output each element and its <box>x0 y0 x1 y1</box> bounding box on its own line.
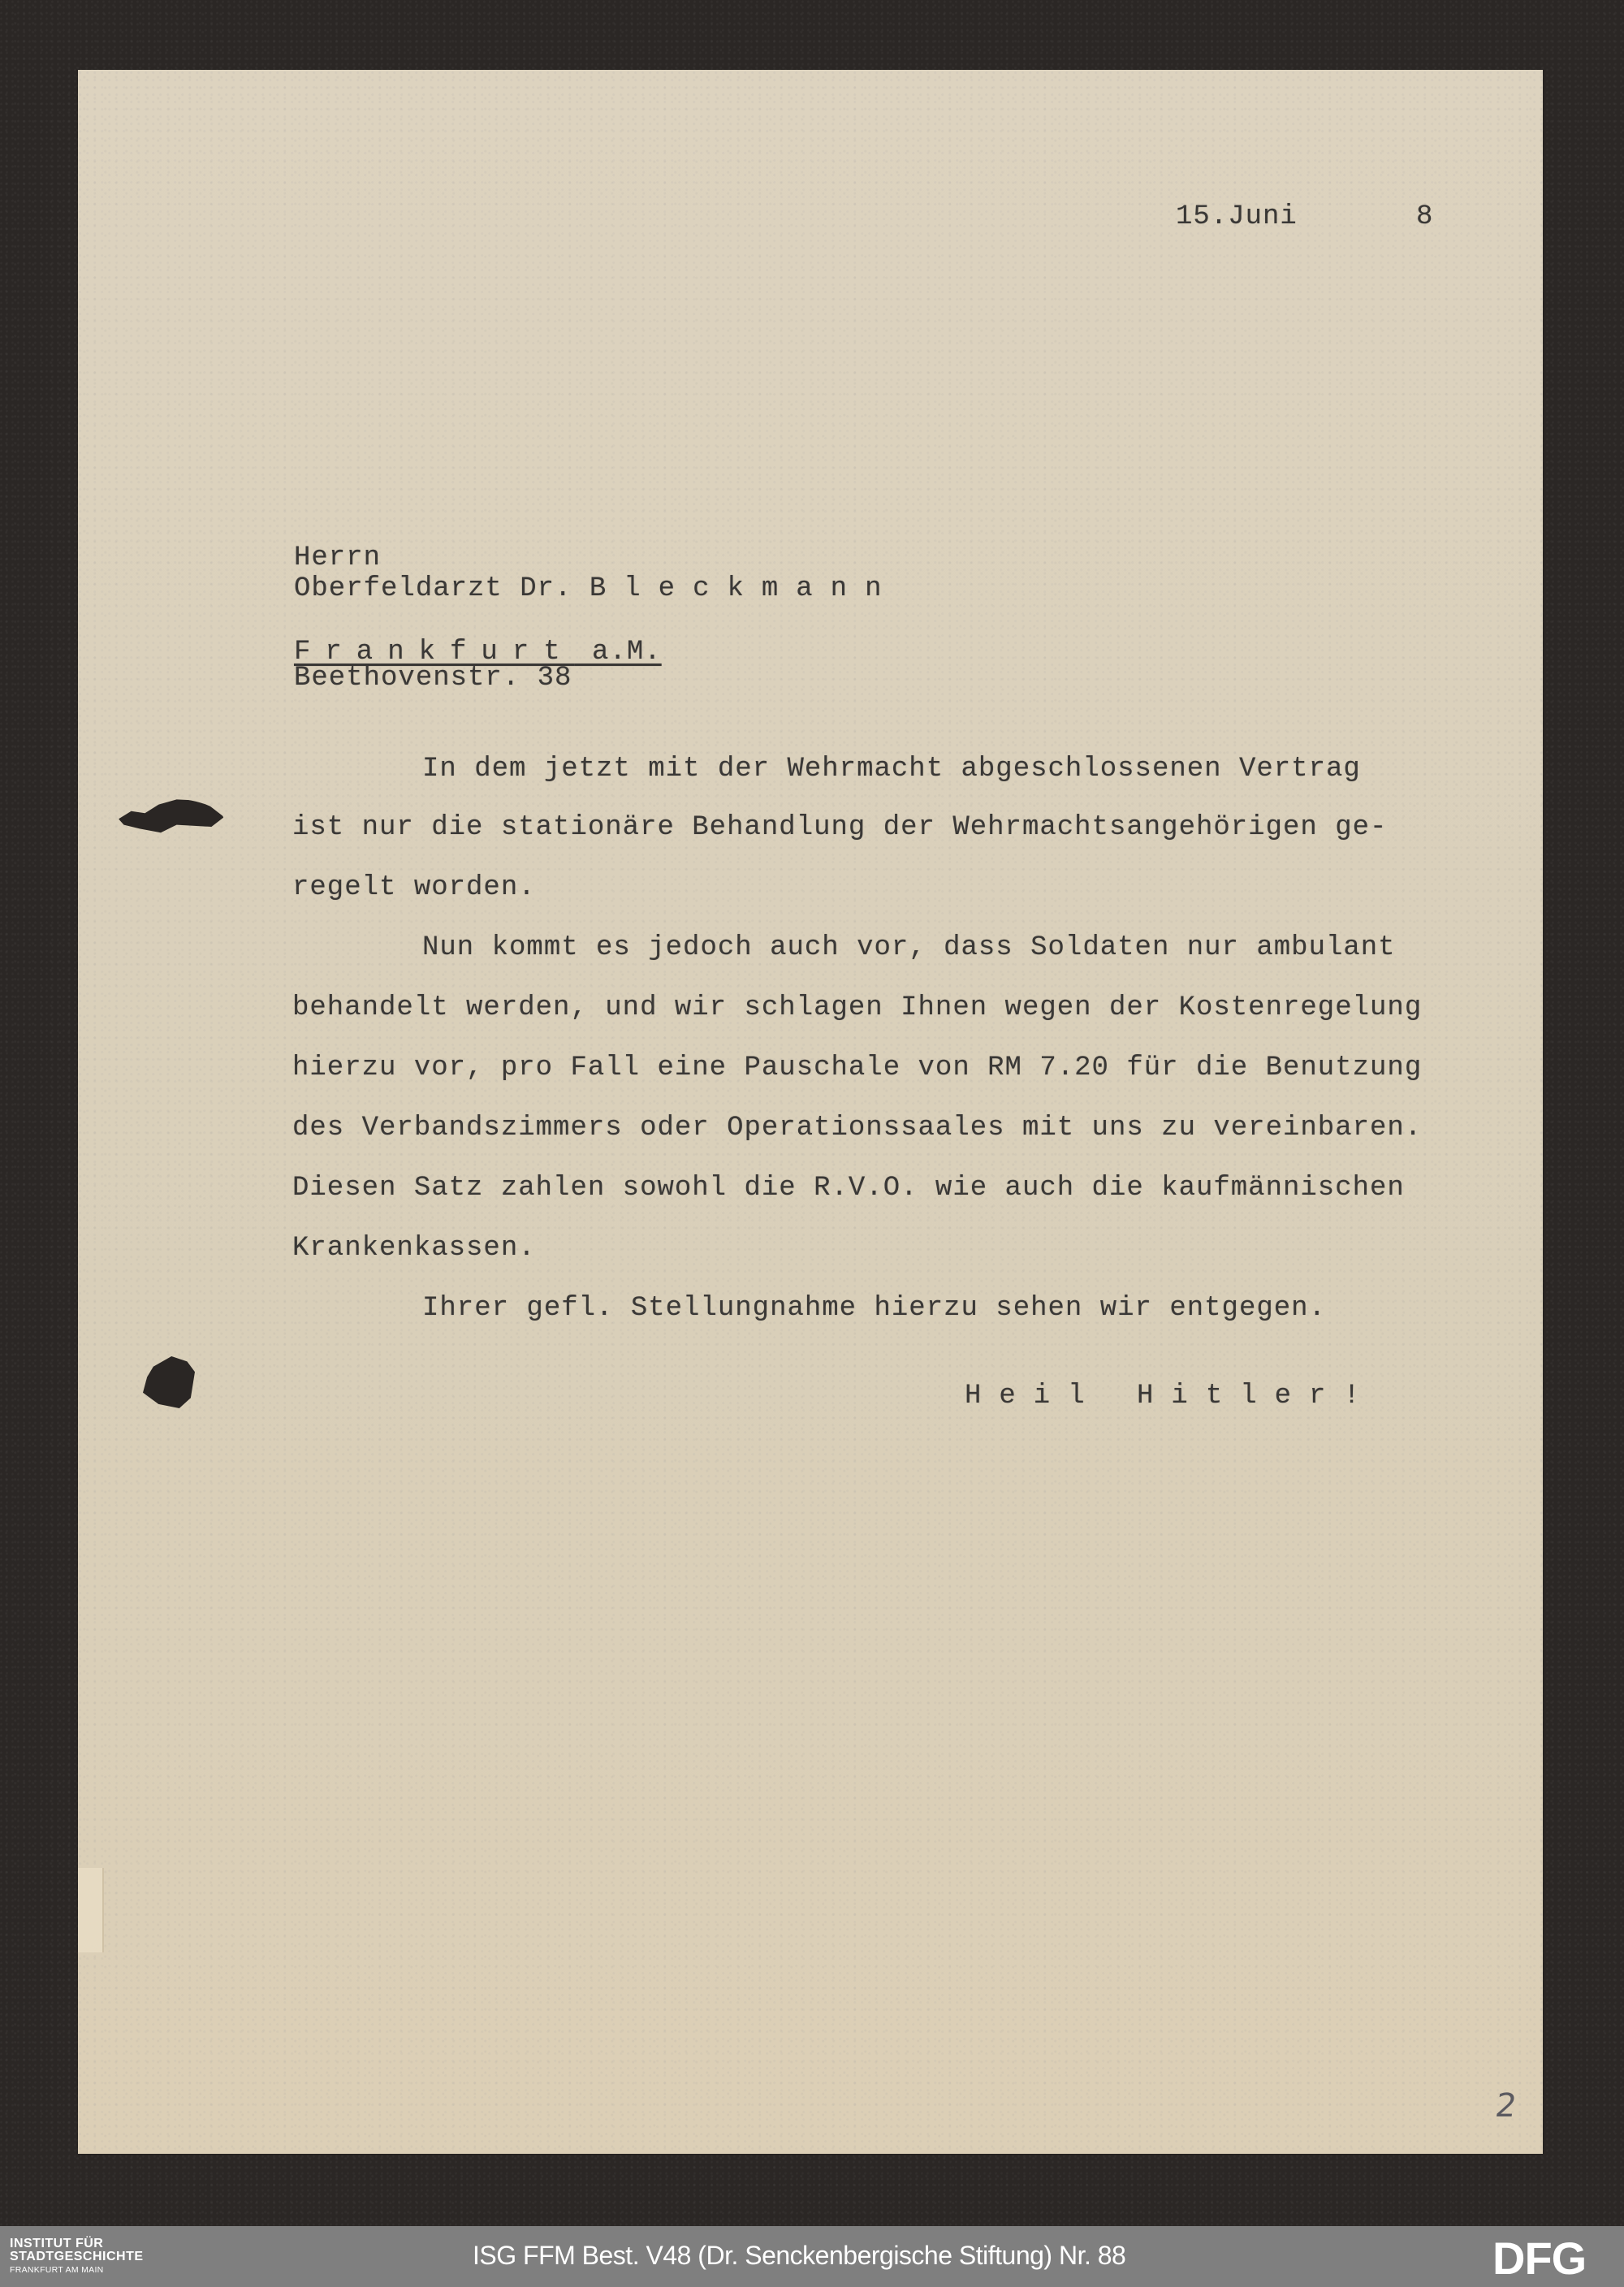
body-line: Ihrer gefl. Stellungnahme hierzu sehen w… <box>422 1295 1326 1322</box>
body-line: regelt worden. <box>292 874 536 901</box>
recipient-city-suffix: a.M. <box>575 637 662 668</box>
body-line: hierzu vor, pro Fall eine Pauschale von … <box>292 1054 1422 1082</box>
archive-footer: INSTITUT FÜR STADTGESCHICHTE FRANKFURT A… <box>0 2226 1624 2287</box>
letter-closing: Heil Hitler! <box>965 1382 1378 1410</box>
recipient-title: Oberfeldarzt Dr. <box>294 573 590 604</box>
body-line: ist nur die stationäre Behandlung der We… <box>292 814 1387 841</box>
document-page <box>78 70 1543 2154</box>
institute-location: FRANKFURT AM MAIN <box>10 2263 144 2276</box>
body-line: In dem jetzt mit der Wehrmacht abgeschlo… <box>422 755 1361 783</box>
body-line: des Verbandszimmers oder Operationssaale… <box>292 1114 1422 1142</box>
institute-name-line1: INSTITUT FÜR <box>10 2237 144 2250</box>
archive-reference: ISG FFM Best. V48 (Dr. Senckenbergische … <box>473 2237 1125 2273</box>
institute-logo: INSTITUT FÜR STADTGESCHICHTE FRANKFURT A… <box>10 2237 144 2276</box>
recipient-city: Frankfurt a.M. <box>294 638 662 666</box>
institute-name-line2: STADTGESCHICHTE <box>10 2250 144 2263</box>
recipient-surname: Bleckmann <box>590 573 900 604</box>
dfg-logo-icon: DFG <box>1492 2236 1586 2281</box>
body-line: Diesen Satz zahlen sowohl die R.V.O. wie… <box>292 1174 1405 1202</box>
paper-fold-strip <box>78 1868 104 1952</box>
recipient-name: Oberfeldarzt Dr. Bleckmann <box>294 575 900 603</box>
body-line: Krankenkassen. <box>292 1234 536 1262</box>
recipient-street: Beethovenstr. 38 <box>294 664 572 692</box>
recipient-salutation: Herrn <box>294 544 381 572</box>
letter-date: 15.Juni <box>1176 203 1298 231</box>
body-line: behandelt werden, und wir schlagen Ihnen… <box>292 994 1422 1022</box>
body-line: Nun kommt es jedoch auch vor, dass Solda… <box>422 934 1396 962</box>
page-number: 8 <box>1416 203 1433 231</box>
